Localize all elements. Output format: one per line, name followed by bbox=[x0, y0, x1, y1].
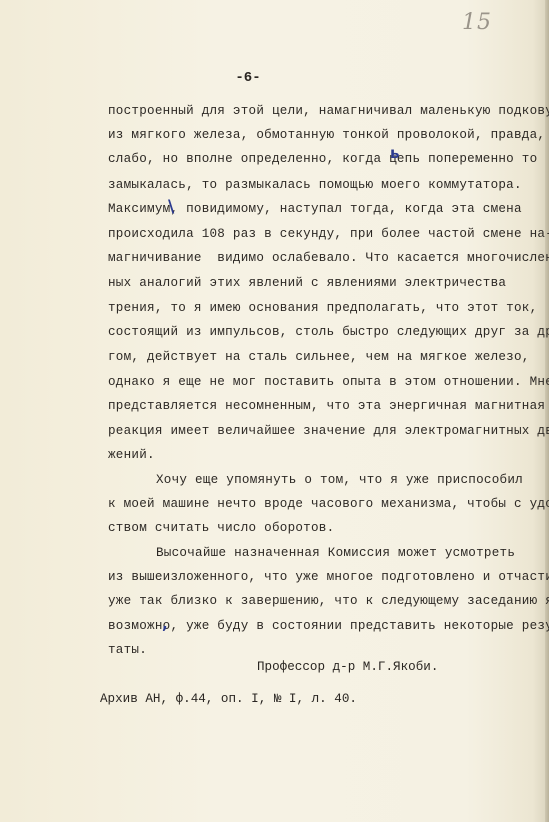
text-line: реакция имеет величайшее значение для эл… bbox=[108, 424, 549, 438]
text-line: жений. bbox=[108, 448, 155, 462]
text-line: таты. bbox=[108, 643, 147, 657]
text-line: Высочайше назначенная Комиссия может усм… bbox=[156, 546, 515, 560]
text-line: гом, действует на сталь сильнее, чем на … bbox=[108, 350, 530, 364]
text-line: возможно, уже буду в состоянии представи… bbox=[108, 619, 549, 633]
text-line: представляется несомненным, что эта энер… bbox=[108, 399, 545, 413]
text-line: построенный для этой цели, намагничивал … bbox=[108, 104, 549, 118]
text-line: из мягкого железа, обмотанную тонкой про… bbox=[108, 128, 545, 142]
text-line: ных аналогий этих явлений с явлениями эл… bbox=[108, 276, 506, 290]
text-line: происходила 108 раз в секунду, при более… bbox=[108, 227, 549, 241]
page-number: -6- bbox=[228, 70, 268, 86]
handwritten-correction: \ bbox=[168, 197, 174, 217]
text-line: уже так близко к завершению, что к следу… bbox=[108, 594, 549, 608]
handwritten-correction: , bbox=[162, 615, 168, 633]
text-line: трения, то я имею основания предполагать… bbox=[108, 301, 537, 315]
handwritten-correction: ь bbox=[390, 144, 400, 162]
folio-number: 15 bbox=[462, 10, 492, 35]
signature: Профессор д-р М.Г.Якоби. bbox=[257, 660, 438, 674]
text-line: ством считать число оборотов. bbox=[108, 521, 334, 535]
archive-reference: Архив АН, ф.44, оп. I, № I, л. 40. bbox=[100, 692, 357, 706]
text-line: замыкалась, то размыкалась помощью моего… bbox=[108, 178, 522, 192]
text-line: однако я еще не мог поставить опыта в эт… bbox=[108, 375, 549, 389]
text-line: магничивание видимо ослабевало. Что каса… bbox=[108, 251, 549, 265]
text-line: Хочу еще упомянуть о том, что я уже прис… bbox=[156, 473, 523, 487]
text-line: к моей машине нечто вроде часового механ… bbox=[108, 497, 549, 511]
document-page: 15 -6- построенный для этой цели, намагн… bbox=[0, 0, 549, 822]
text-line: состоящий из импульсов, столь быстро сле… bbox=[108, 325, 549, 339]
page-edge bbox=[545, 0, 549, 822]
text-line: слабо, но вполне определенно, когда цепь… bbox=[108, 152, 537, 166]
text-line: из вышеизложенного, что уже многое подго… bbox=[108, 570, 549, 584]
